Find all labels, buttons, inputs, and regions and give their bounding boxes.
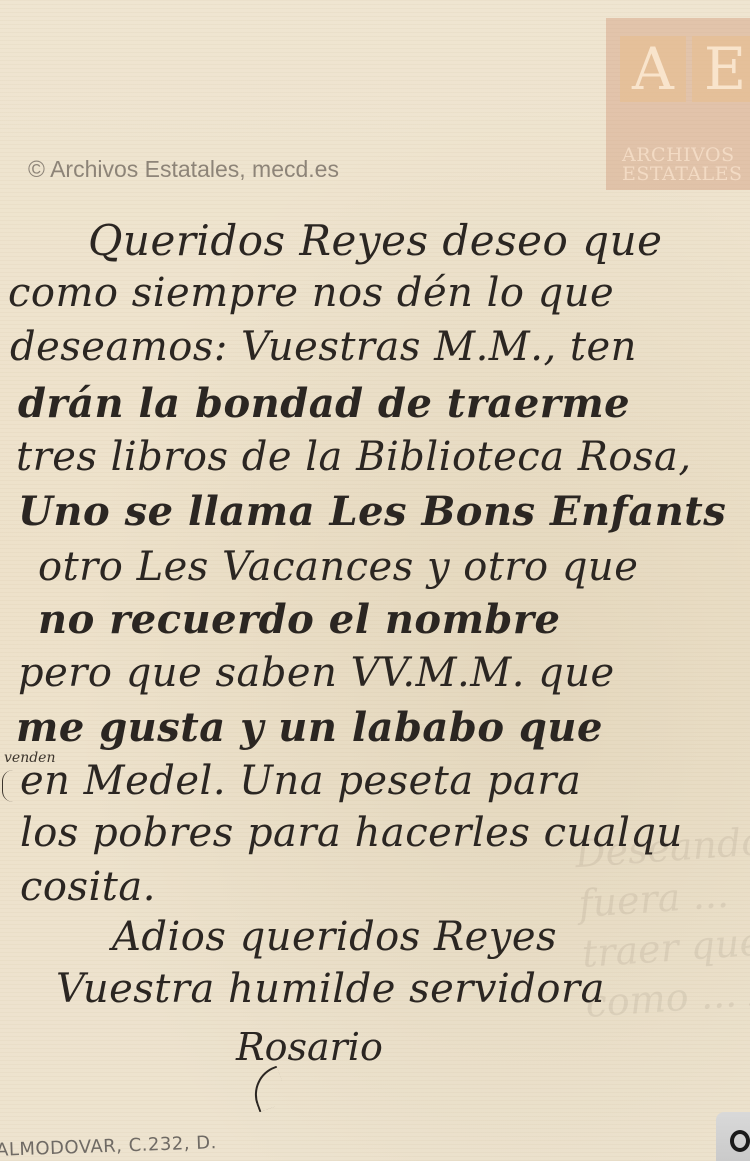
letter-line: Queridos Reyes deseo que <box>88 216 662 265</box>
copyright-watermark: © Archivos Estatales, mecd.es <box>28 156 339 183</box>
letter-line: los pobres para hacerles cualqu <box>20 810 683 856</box>
letter-line: en Medel. Una peseta para <box>20 758 581 804</box>
document-page: Deseando ... fuera ... traer que ... com… <box>0 0 750 1161</box>
corner-control-button[interactable] <box>716 1112 750 1161</box>
logo-text: ARCHIVOS ESTATALES <box>622 146 743 184</box>
margin-note: venden <box>4 750 55 766</box>
signature: Rosario <box>236 1025 383 1069</box>
letter-line: tres libros de la Biblioteca Rosa, <box>16 434 692 480</box>
letter-line: drán la bondad de traerme <box>18 380 630 427</box>
letter-line: otro Les Vacances y otro que <box>38 544 638 590</box>
logo-letter-a: A <box>620 36 686 102</box>
letter-line: pero que saben VV.M.M. que <box>18 650 615 696</box>
letter-line: no recuerdo el nombre <box>38 596 560 643</box>
logo-letter-e: E <box>692 36 750 102</box>
archive-logo-watermark: A E ARCHIVOS ESTATALES <box>606 18 750 190</box>
letter-line: Uno se llama Les Bons Enfants <box>18 488 726 535</box>
circle-icon <box>730 1130 750 1152</box>
archive-reference: ALMODOVAR, C.232, D. <box>0 1132 217 1161</box>
signature-flourish <box>246 1066 289 1113</box>
logo-tiles: A E <box>620 36 750 102</box>
margin-brace <box>2 770 13 802</box>
letter-line: deseamos: Vuestras M.M., ten <box>10 324 637 370</box>
letter-line: cosita. <box>20 864 156 910</box>
letter-line: me gusta y un lababo que <box>16 704 603 751</box>
letter-line: Vuestra humilde servidora <box>56 966 605 1012</box>
letter-line: Adios queridos Reyes <box>112 914 557 960</box>
logo-text-line2: ESTATALES <box>622 165 743 184</box>
letter-line: como siempre nos dén lo que <box>8 270 614 316</box>
